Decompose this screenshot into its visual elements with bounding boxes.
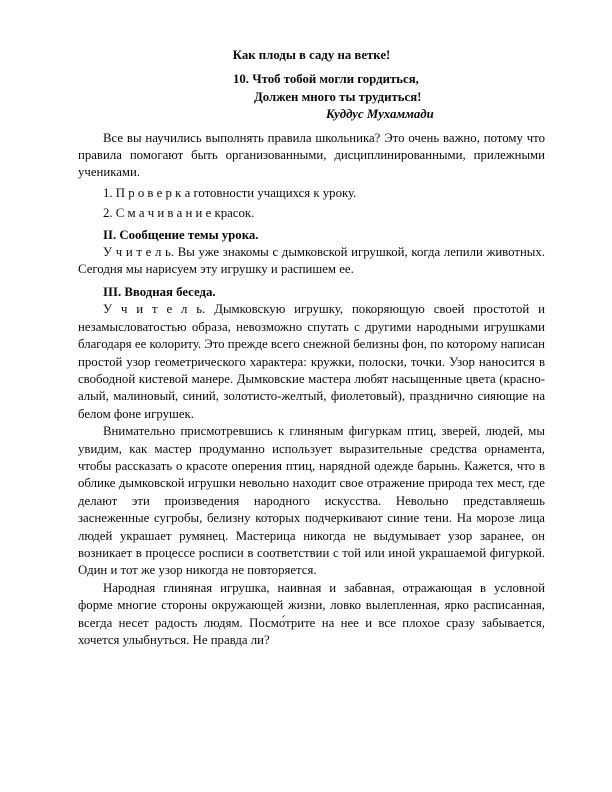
- intro-paragraph: Все вы научились выполнять правила школь…: [78, 130, 545, 182]
- epigraph-verse-line-1: 10. Чтоб тобой могли гордиться,: [233, 71, 545, 88]
- section3-paragraph-2: Внимательно присмотревшись к глиняным фи…: [78, 423, 545, 580]
- section-heading-3: III. Вводная беседа.: [78, 284, 545, 301]
- checklist-item-2: 2. С м а ч и в а н и е красок.: [78, 205, 545, 222]
- epigraph-author: Куддус Мухаммади: [326, 106, 545, 123]
- section3-paragraph-1: У ч и т е л ь. Дымковскую игрушку, покор…: [78, 301, 545, 423]
- epigraph-verse-line-2: Должен много ты трудиться!: [254, 89, 545, 106]
- checklist-item-1: 1. П р о в е р к а готовности учащихся к…: [78, 185, 545, 202]
- section2-paragraph: У ч и т е л ь. Вы уже знакомы с дымковск…: [78, 244, 545, 279]
- section-heading-2: II. Сообщение темы урока.: [78, 227, 545, 244]
- section3-paragraph-3: Народная глиняная игрушка, наивная и заб…: [78, 580, 545, 650]
- document-page: Как плоды в саду на ветке! 10. Чтоб тобо…: [0, 0, 612, 792]
- epigraph-title-line: Как плоды в саду на ветке!: [78, 47, 545, 64]
